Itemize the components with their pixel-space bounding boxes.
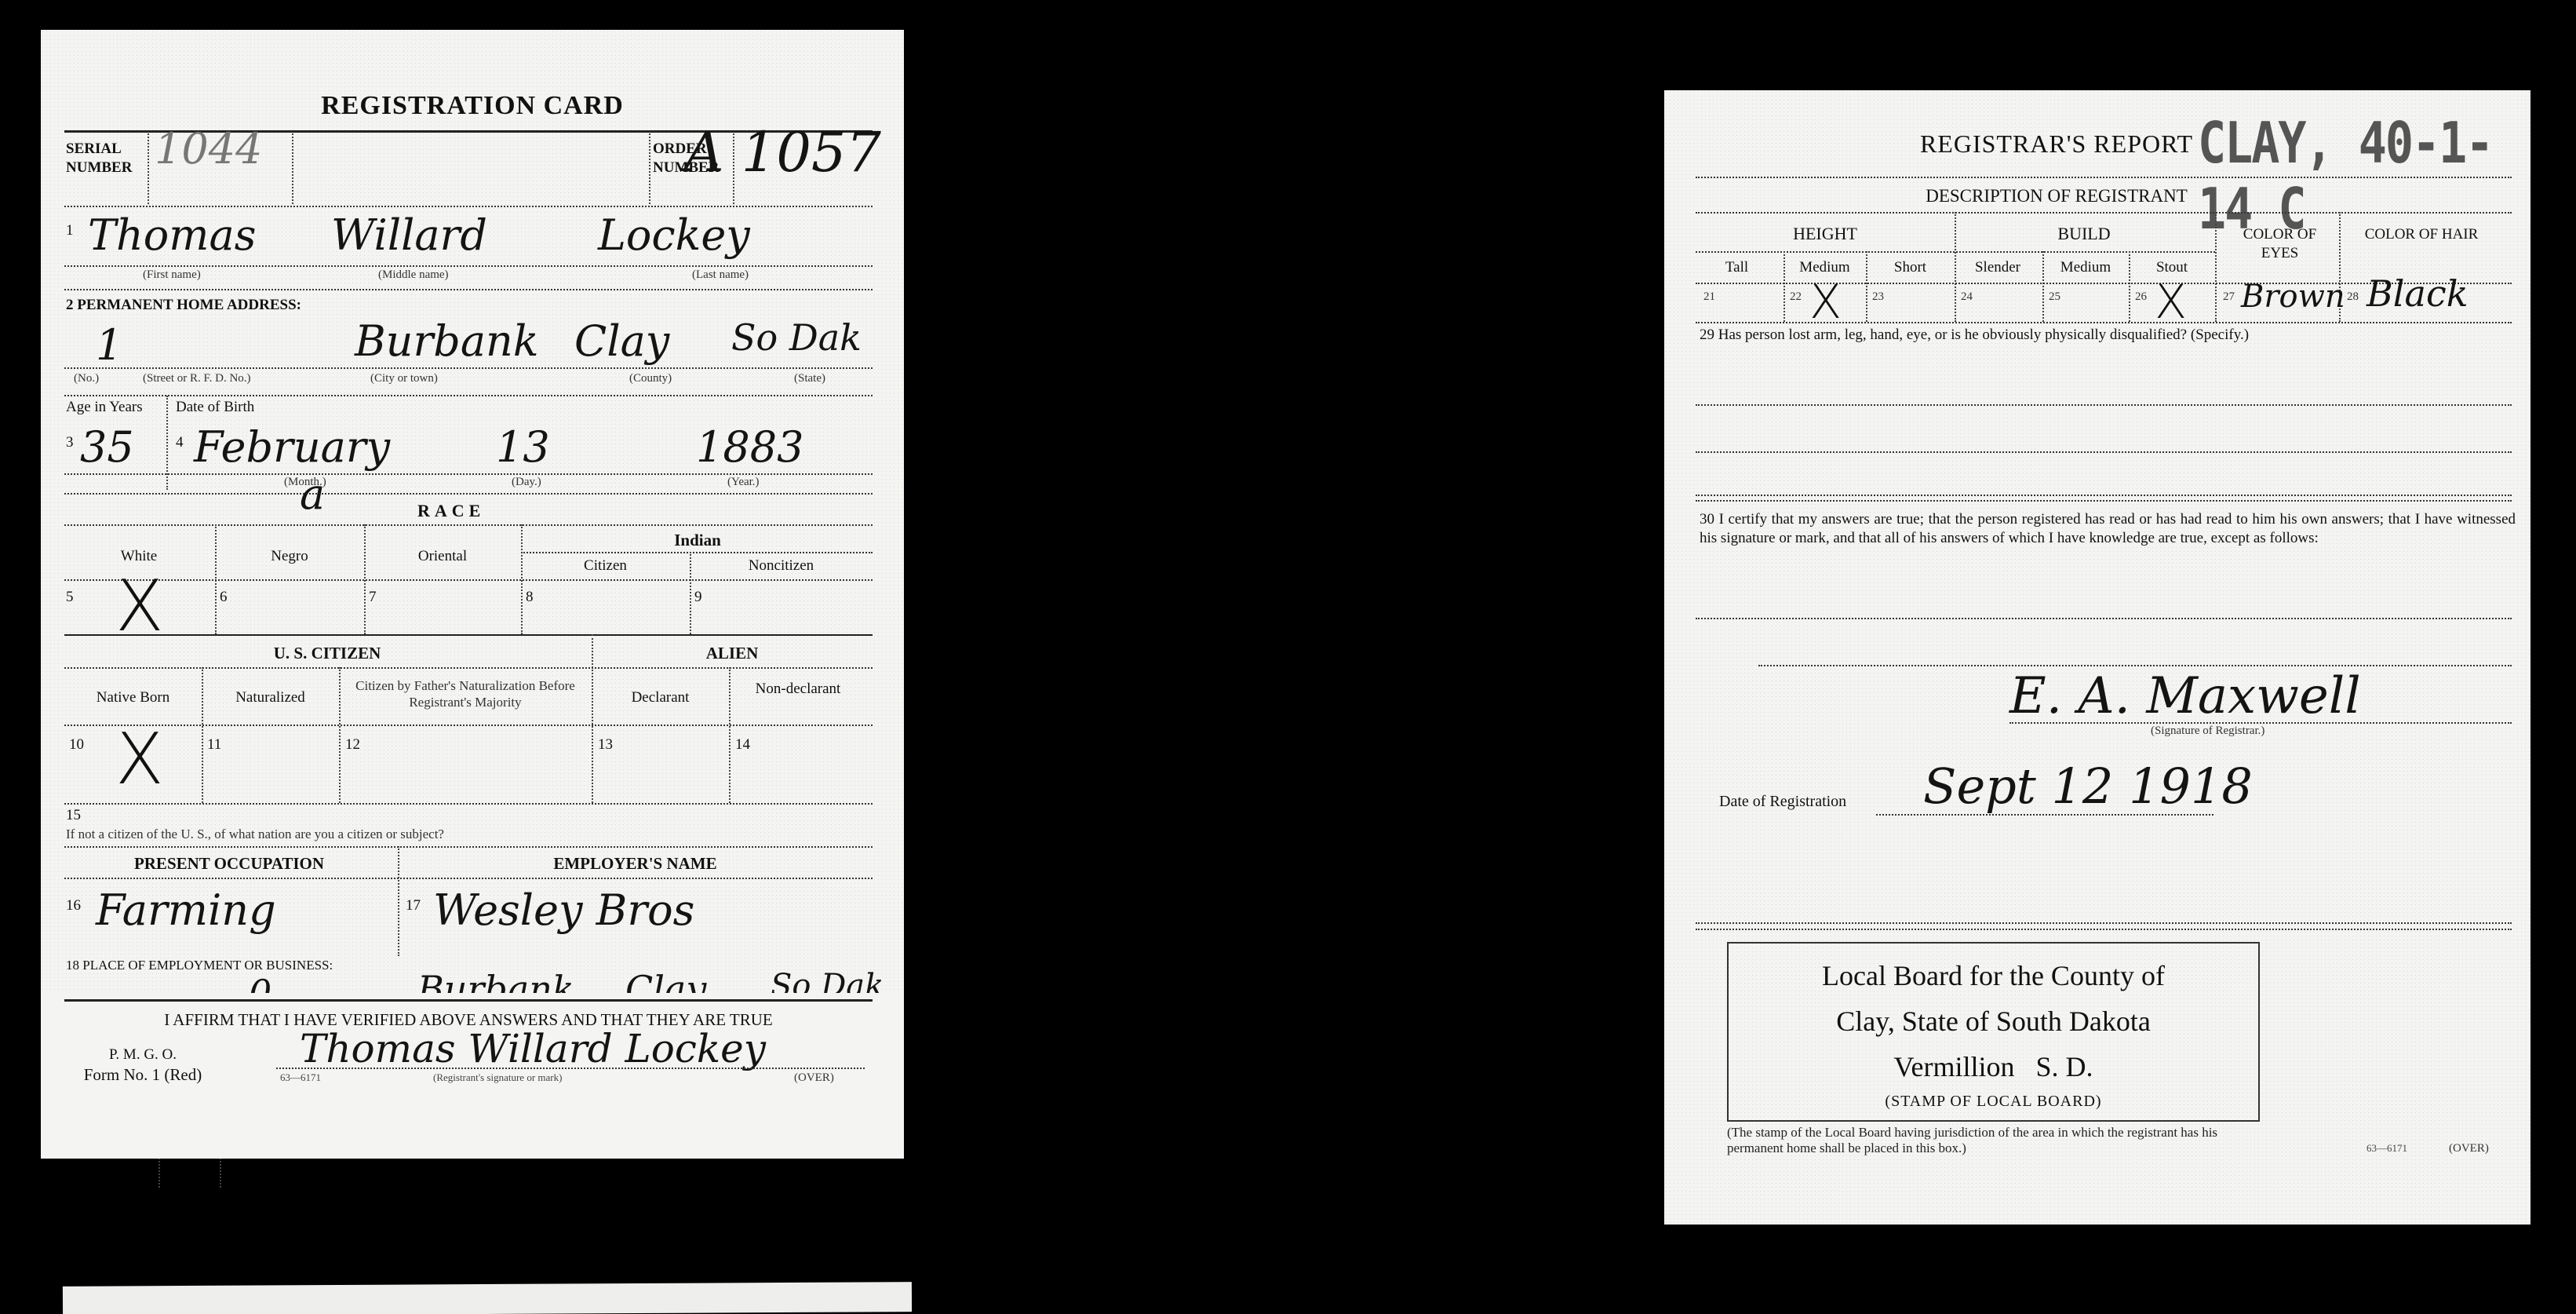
divider <box>64 493 873 495</box>
dob-year-label: (Year.) <box>727 476 760 489</box>
citizen-col-fathers: Citizen by Father's Naturalization Befor… <box>343 677 588 710</box>
citizen-col-declarant: Declarant <box>592 689 729 706</box>
employer-heading: EMPLOYER'S NAME <box>398 854 873 874</box>
field-number: 1 <box>66 222 74 239</box>
citizen-col-native: Native Born <box>64 689 202 706</box>
field-number: 5 <box>66 589 74 606</box>
divider <box>292 133 293 204</box>
divider <box>64 367 873 369</box>
middle-name-label: (Middle name) <box>378 268 449 282</box>
field-number: 10 <box>69 736 84 754</box>
build-col-stout: Stout <box>2129 259 2215 276</box>
date-of-registration-value: Sept 12 1918 <box>1923 757 2253 815</box>
divider <box>64 999 873 1002</box>
dob-day-label: (Day.) <box>512 476 541 489</box>
home-address-city: Burbank <box>355 316 539 366</box>
divider <box>64 473 873 475</box>
build-col-slender: Slender <box>1955 259 2041 276</box>
address-label-no: (No.) <box>74 372 99 385</box>
registration-card-footer: I AFFIRM THAT I HAVE VERIFIED ABOVE ANSW… <box>41 993 904 1159</box>
height-medium-checkmark: X <box>1809 279 1842 326</box>
dob-month: February <box>194 422 390 472</box>
divider <box>1696 495 2512 496</box>
build-stout-checkmark: X <box>2155 279 2187 326</box>
citizen-col-nondeclarant: Non-declarant <box>739 680 857 699</box>
address-label-county: (County) <box>629 372 672 385</box>
first-name-label: (First name) <box>143 268 201 282</box>
divider <box>1696 322 2512 323</box>
citizen-col-naturalized: Naturalized <box>202 689 339 706</box>
height-col-tall: Tall <box>1696 259 1778 276</box>
card-title: REGISTRATION CARD <box>41 91 904 121</box>
field-number: 3 <box>66 434 74 451</box>
field-number: 16 <box>66 897 81 914</box>
first-name: Thomas <box>88 210 256 260</box>
age-label: Age in Years <box>66 399 143 416</box>
print-code: 63—6171 <box>280 1071 321 1084</box>
divider <box>64 878 873 879</box>
field-number: 14 <box>735 736 750 754</box>
divider <box>521 552 873 553</box>
field-number: 28 <box>2347 290 2359 304</box>
race-margin-mark: a <box>300 469 325 519</box>
field15-label: If not a citizen of the U. S., of what n… <box>66 827 444 842</box>
field-number: 11 <box>207 736 221 754</box>
field29-label: 29 Has person lost arm, leg, hand, eye, … <box>1700 326 2516 345</box>
eye-color-value: Brown <box>2241 279 2345 315</box>
field-number: 26 <box>2135 290 2147 304</box>
divider <box>64 395 873 396</box>
stamp-line1: Local Board for the County of <box>1729 959 2258 992</box>
divider <box>64 206 873 207</box>
alien-heading: ALIEN <box>592 644 873 663</box>
middle-name: Willard <box>331 210 487 260</box>
home-address-state: So Dak <box>731 316 862 359</box>
dob-label: Date of Birth <box>176 399 254 416</box>
stamp-note: (The stamp of the Local Board having jur… <box>1727 1125 2276 1156</box>
divider <box>64 524 873 526</box>
height-col-short: Short <box>1866 259 1955 276</box>
divider <box>64 579 873 581</box>
field-number: 21 <box>1703 290 1715 304</box>
over-label: (OVER) <box>2449 1142 2489 1155</box>
divider <box>1696 177 2512 178</box>
race-col-white: White <box>64 548 213 565</box>
divider <box>148 133 149 204</box>
hair-color-value: Black <box>2366 272 2469 315</box>
dob-year: 1883 <box>696 422 803 472</box>
field-number: 13 <box>598 736 613 754</box>
field-number: 6 <box>220 589 228 606</box>
field-number: 15 <box>66 807 81 824</box>
divider <box>1696 500 2512 502</box>
last-name-label: (Last name) <box>692 268 749 282</box>
divider <box>1696 212 2512 214</box>
registrant-signature: Thomas Willard Lockey <box>300 1026 766 1071</box>
build-col-medium: Medium <box>2042 259 2129 276</box>
divider <box>276 1068 865 1069</box>
divider <box>64 725 873 726</box>
stamp-line2: Clay, State of South Dakota <box>1729 1005 2258 1038</box>
field-number: 17 <box>406 897 421 914</box>
divider <box>1696 929 2512 930</box>
print-code: 63—6171 <box>2366 1142 2407 1155</box>
paper-edge-strip <box>63 1282 912 1314</box>
divider <box>1696 922 2512 924</box>
us-citizen-heading: U. S. CITIZEN <box>64 644 590 663</box>
address-label-state: (State) <box>794 372 825 385</box>
race-col-indian-citizen: Citizen <box>521 557 690 575</box>
home-address-county: Clay <box>574 316 669 366</box>
occupation-value: Farming <box>96 885 276 935</box>
serial-number-value: 1044 <box>155 124 262 173</box>
field-number: 4 <box>176 434 184 451</box>
race-col-indian-noncitizen: Noncitizen <box>690 557 873 575</box>
employment-place-label: 18 PLACE OF EMPLOYMENT OR BUSINESS: <box>66 958 333 973</box>
divider <box>2009 722 2512 724</box>
divider <box>166 396 168 490</box>
divider <box>64 265 873 267</box>
home-address-no: 1 <box>96 320 122 370</box>
registrar-signature-label: (Signature of Registrar.) <box>2151 725 2264 738</box>
date-of-registration-label: Date of Registration <box>1719 793 1846 811</box>
field-number: 22 <box>1790 290 1802 304</box>
stamp-caption: (STAMP OF LOCAL BOARD) <box>1729 1093 2258 1111</box>
employer-value: Wesley Bros <box>433 885 694 935</box>
build-heading: BUILD <box>1955 224 2213 244</box>
address-label-city: (City or town) <box>370 372 438 385</box>
divider <box>202 667 203 803</box>
divider <box>1696 618 2512 619</box>
form-id-line2: Form No. 1 (Red) <box>56 1065 229 1085</box>
serial-number-label: SERIAL NUMBER <box>66 140 144 177</box>
field30-label: 30 I certify that my answers are true; t… <box>1700 510 2516 548</box>
description-heading: DESCRIPTION OF REGISTRANT <box>1821 186 2292 206</box>
occupation-heading: PRESENT OCCUPATION <box>64 854 394 874</box>
stamp-line3: Vermillion S. D. <box>1729 1050 2258 1083</box>
hair-color-heading: COLOR OF HAIR <box>2347 225 2496 244</box>
divider <box>729 667 731 803</box>
eye-color-heading: COLOR OF EYES <box>2223 225 2337 263</box>
divider <box>1876 814 2213 816</box>
address-label-street: (Street or R. F. D. No.) <box>143 372 251 385</box>
divider <box>1696 404 2512 406</box>
registrars-report-card: REGISTRAR'S REPORT CLAY, 40-1-14 C DESCR… <box>1664 90 2530 1225</box>
height-col-medium: Medium <box>1784 259 1866 276</box>
divider <box>64 846 873 848</box>
signature-label: (Registrant's signature or mark) <box>433 1071 562 1084</box>
race-heading: RACE <box>417 501 485 521</box>
divider <box>1758 665 2512 666</box>
form-id-line1: P. M. G. O. <box>56 1046 229 1064</box>
field-number: 27 <box>2223 290 2235 304</box>
dob-day: 13 <box>496 422 550 472</box>
divider <box>339 667 341 803</box>
field-number: 25 <box>2049 290 2060 304</box>
field-number: 8 <box>526 589 534 606</box>
divider <box>64 289 873 290</box>
height-heading: HEIGHT <box>1696 224 1955 244</box>
race-indian-heading: Indian <box>521 531 874 550</box>
divider <box>649 133 650 204</box>
field-number: 7 <box>369 589 377 606</box>
field-number: 9 <box>694 589 702 606</box>
divider <box>64 667 873 669</box>
registration-card: REGISTRATION CARD SERIAL NUMBER 1044 ORD… <box>41 30 904 1159</box>
registrar-signature: E. A. Maxwell <box>2009 667 2361 725</box>
divider <box>1696 251 2215 253</box>
divider <box>2215 212 2217 322</box>
field-number: 12 <box>345 736 360 754</box>
age-value: 35 <box>80 422 134 472</box>
local-board-stamp-box: Local Board for the County of Clay, Stat… <box>1727 942 2260 1122</box>
divider <box>64 803 873 805</box>
field-number: 23 <box>1872 290 1884 304</box>
native-born-checkmark: X <box>115 725 164 795</box>
divider <box>64 634 873 636</box>
race-col-oriental: Oriental <box>364 548 521 565</box>
divider <box>1696 451 2512 453</box>
white-checkmark: X <box>115 571 164 642</box>
over-label: (OVER) <box>794 1071 834 1085</box>
order-number-value: A 1057 <box>684 120 881 184</box>
field-number: 24 <box>1961 290 1973 304</box>
home-address-label: 2 PERMANENT HOME ADDRESS: <box>66 297 301 314</box>
last-name: Lockey <box>598 210 750 260</box>
race-col-negro: Negro <box>215 548 364 565</box>
